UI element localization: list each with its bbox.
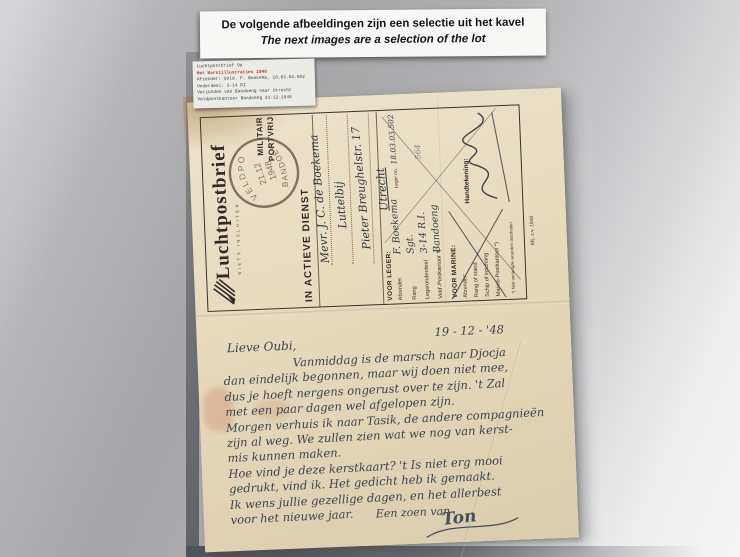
aerogramme-document: Luchtpostbrief NIETS INSLUITEN MILITAIR … [187, 88, 579, 553]
catalog-line: Veldpostkantoor Bandoeng 21-12-1948 [197, 95, 311, 104]
letter-body: Vanmiddag is de marsch naar Djocja dan e… [223, 343, 561, 529]
printer-imprint: Mij. z.v. 1948 [529, 216, 536, 245]
aerogramme-form: Luchtpostbrief NIETS INSLUITEN MILITAIR … [198, 99, 546, 314]
letter-salutation: Lieve Oubi, [227, 338, 297, 355]
catalog-label: Luchtpostbrief 9a Met Kerstillustraties … [192, 59, 315, 109]
sender-signature-icon [448, 108, 520, 207]
letter-date: 19 - 12 - '48 [434, 322, 504, 339]
signature-flourish-icon [422, 510, 523, 544]
niwin-wing-logo-icon [209, 276, 236, 307]
banner-text-dutch: De volgende afbeeldingen zijn een select… [200, 15, 546, 33]
banner-text-english: The next images are a selection of the l… [200, 30, 546, 49]
lot-banner: De volgende afbeeldingen zijn een select… [200, 8, 546, 58]
auction-lot-photo: De volgende afbeeldingen zijn een select… [0, 0, 740, 557]
